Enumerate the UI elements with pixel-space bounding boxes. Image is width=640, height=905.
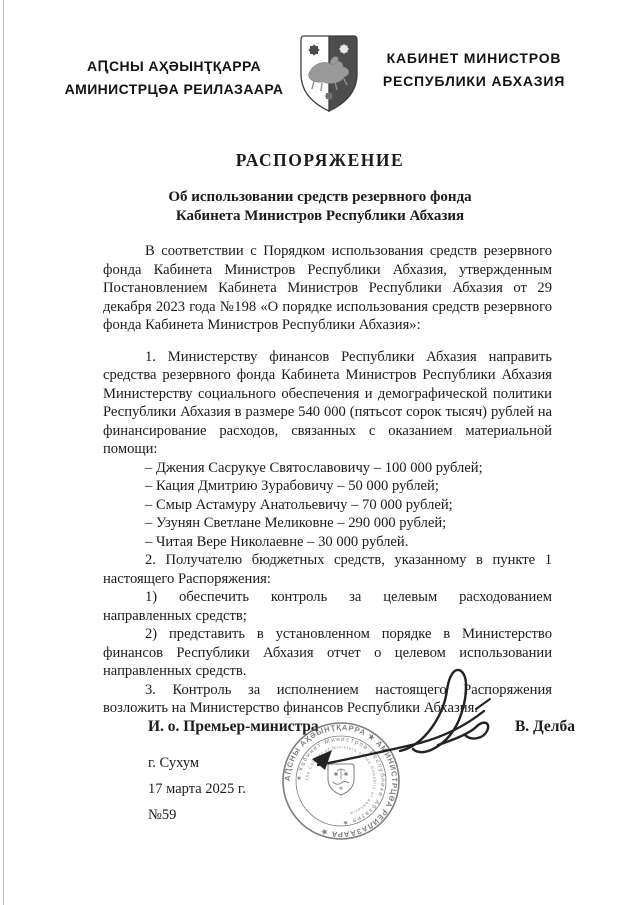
footer-date: 17 марта 2025 г. — [148, 776, 246, 802]
document-body: В соответствии с Порядком использования … — [103, 242, 552, 718]
signature-pen-blob — [312, 750, 332, 770]
directive-item-2: 2. Получателю бюджетных средств, указанн… — [103, 551, 552, 588]
footer-city: г. Сухум — [148, 750, 246, 776]
star-left-icon — [308, 44, 319, 55]
directive-item-1: 1. Министерству финансов Республики Абха… — [103, 348, 552, 459]
star-right-icon — [339, 44, 349, 54]
directive-item-2-sub-1: 1) обеспечить контроль за целевым расход… — [103, 588, 552, 625]
signer-name: В. Делба — [515, 718, 575, 736]
handwritten-signature-icon — [280, 653, 510, 788]
recipients-list: – Джения Сасрукуе Святославовичу – 100 0… — [103, 459, 552, 552]
scan-edge-artifact — [3, 0, 4, 905]
star-bottom-icon — [325, 92, 333, 100]
intro-paragraph: В соответствии с Порядком использования … — [103, 242, 552, 335]
coat-of-arms-icon — [297, 33, 361, 115]
subtitle-line1: Об использовании средств резервного фонд… — [168, 189, 471, 205]
org-abkhaz-line2: АМИНИСТРЦӘА РЕИЛАЗААРА — [65, 81, 284, 97]
recipient-row: – Читая Вере Николаевне – 30 000 рублей. — [145, 533, 552, 552]
document-subtitle: Об использовании средств резервного фонд… — [0, 188, 640, 225]
document-title: РАСПОРЯЖЕНИЕ — [0, 150, 640, 171]
recipient-row: – Узунян Светлане Меликовне – 290 000 ру… — [145, 514, 552, 533]
footer-number: №59 — [148, 802, 246, 828]
org-name-russian: КАБИНЕТ МИНИСТРОВ РЕСПУБЛИКИ АБХАЗИЯ — [368, 47, 580, 92]
letterhead: АԤСНЫ АҲӘЫНҬҚАРРА АМИНИСТРЦӘА РЕИЛАЗААРА — [0, 33, 640, 117]
org-name-abkhaz: АԤСНЫ АҲӘЫНҬҚАРРА АМИНИСТРЦӘА РЕИЛАЗААРА — [50, 55, 298, 101]
recipient-row: – Смыр Астамуру Анатольевичу – 70 000 ру… — [145, 496, 552, 515]
org-russian-line2: РЕСПУБЛИКИ АБХАЗИЯ — [383, 73, 565, 89]
recipient-row: – Джения Сасрукуе Святославовичу – 100 0… — [145, 459, 552, 478]
document-footer: г. Сухум 17 марта 2025 г. №59 — [148, 750, 246, 828]
org-russian-line1: КАБИНЕТ МИНИСТРОВ — [387, 50, 562, 66]
org-abkhaz-line1: АԤСНЫ АҲӘЫНҬҚАРРА — [87, 58, 261, 74]
decree-document-page: АԤСНЫ АҲӘЫНҬҚАРРА АМИНИСТРЦӘА РЕИЛАЗААРА — [0, 0, 640, 905]
recipient-row: – Кация Дмитрию Зурабовичу – 50 000 рубл… — [145, 477, 552, 496]
subtitle-line2: Кабинета Министров Республики Абхазия — [176, 208, 464, 224]
